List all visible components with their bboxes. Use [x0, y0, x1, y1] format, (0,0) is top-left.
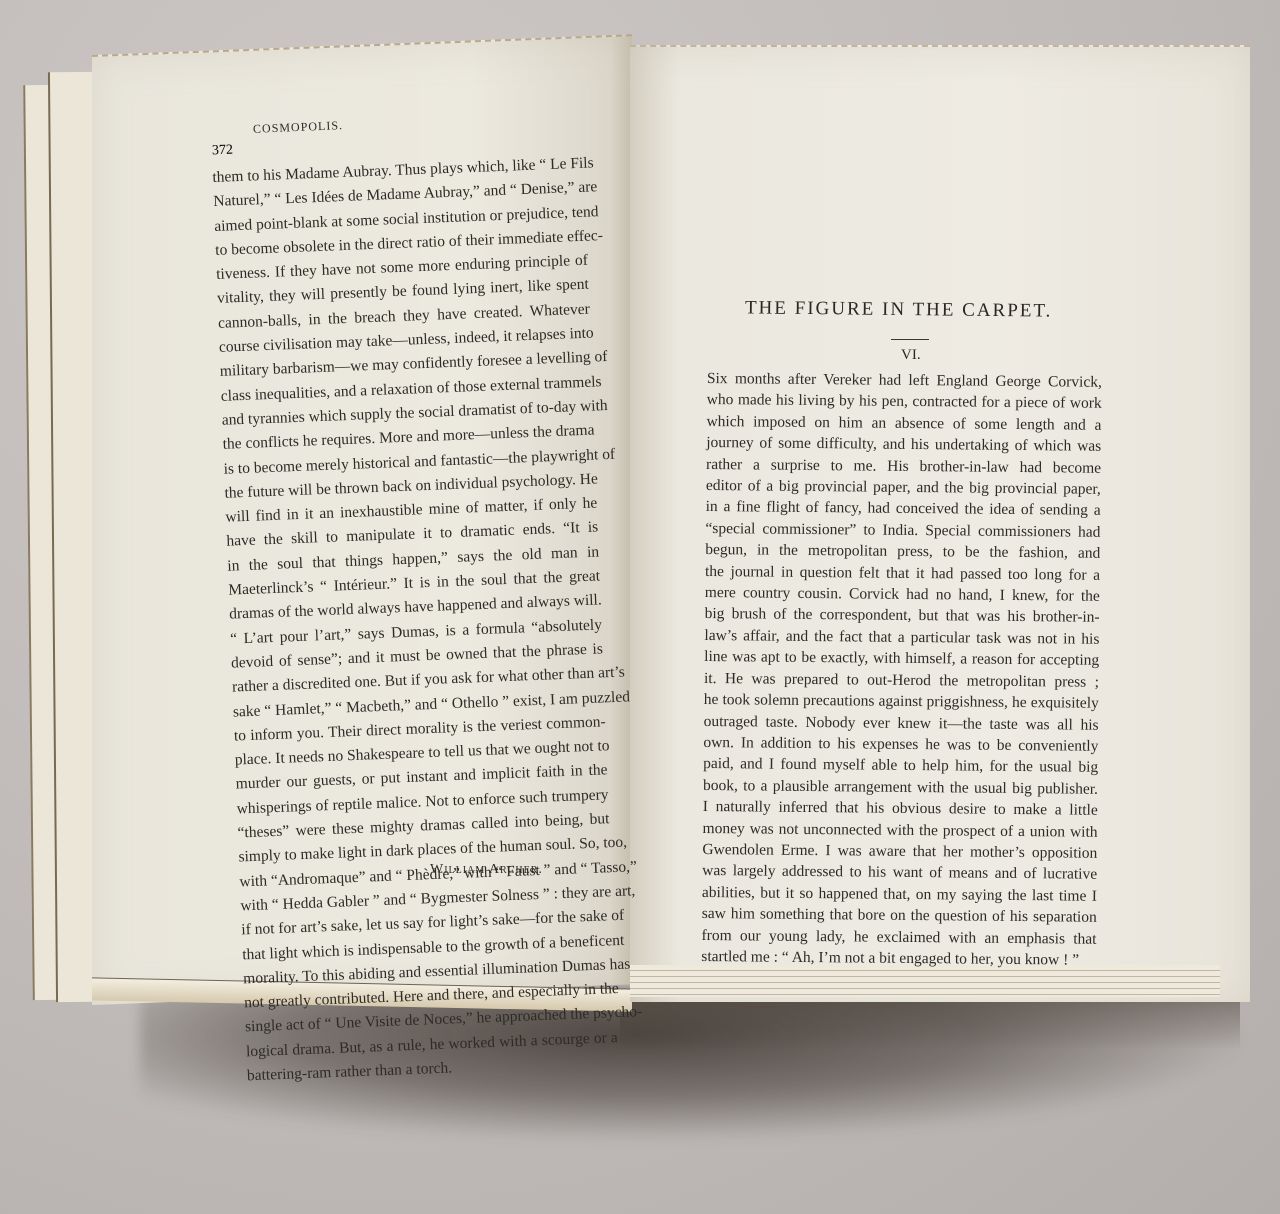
author-signature: William Archer. [430, 862, 543, 878]
page-number: 372 [212, 143, 234, 160]
chapter-number: VI. [901, 347, 921, 364]
story-title: THE FIGURE IN THE CARPET. [745, 297, 1053, 322]
left-page-body: them to his Madame Aubray. Thus plays wh… [212, 152, 619, 1089]
text-line: I naturally inferred that his obvious de… [703, 796, 1098, 821]
title-rule [891, 339, 929, 340]
text-line: he took solemn precautions against prigg… [704, 689, 1099, 714]
right-page-bottom-edge [630, 965, 1220, 997]
right-page-body: Six months after Vereker had left Englan… [701, 368, 1102, 971]
text-line: startled me : “ Ah, I’m not a bit engage… [701, 946, 1096, 971]
